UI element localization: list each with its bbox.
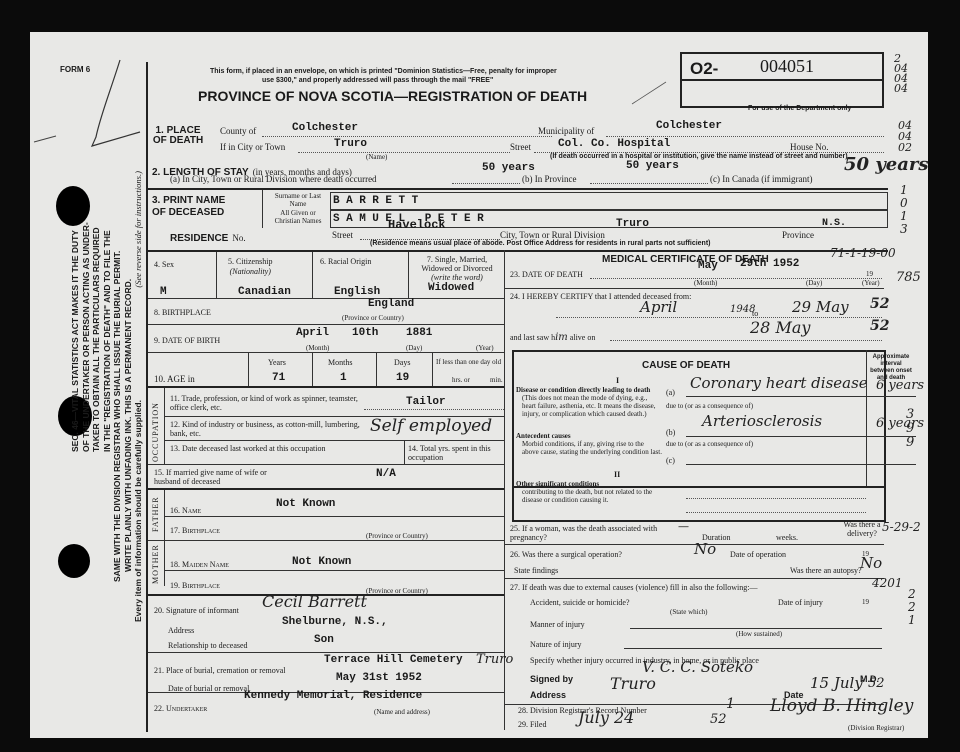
dob-month: April <box>296 327 329 339</box>
death-registration-form: FORM 6 SEC. 46—VITAL STATISTICS ACT MAKE… <box>30 32 928 738</box>
margin-codes-top: 2 04 04 04 <box>894 54 908 94</box>
age-label: 10. AGE in <box>154 374 195 384</box>
father-birthplace-caption: (Province or Country) <box>366 532 428 540</box>
citizenship-label: 5. Citizenship (Nationality) <box>228 257 272 277</box>
direct-cause-label: Disease or condition directly leading to… <box>516 386 650 394</box>
pregnancy-margin-note: 5-29-2 <box>882 520 921 534</box>
cause-a-interval: 6 years <box>876 378 924 393</box>
section-2-marker: II <box>614 470 620 479</box>
signed-by-label: Signed by <box>530 674 573 684</box>
mother-name-value: Not Known <box>292 556 351 568</box>
side-line-4: IN THE "REGISTRATION OF DEATH" AND TO FI… <box>102 171 113 622</box>
department-note: For use of the Department only <box>748 105 851 112</box>
findings-label: State findings <box>514 566 558 575</box>
side-line-7: Every item of information should be care… <box>133 400 143 622</box>
postal-notice-1: This form, if placed in an envelope, on … <box>210 68 557 75</box>
municipality-label: Municipality of <box>538 126 594 136</box>
last-saw-alive-date: 28 May <box>750 318 810 337</box>
registration-number: 004051 <box>760 56 814 77</box>
relationship-value: Son <box>314 634 334 646</box>
cause-b-label: (b) <box>666 428 675 437</box>
birthplace-label: 8. BIRTHPLACE <box>154 308 211 317</box>
marital-value: Widowed <box>428 282 474 294</box>
dod-day-caption: (Day) <box>806 279 822 287</box>
dob-day: 10th <box>352 327 378 339</box>
marital-label: 7. Single, Married, Widowed or Divorced … <box>412 255 502 282</box>
postal-notice-2: use $300," and properly addressed will p… <box>262 77 493 84</box>
county-value: Colchester <box>292 122 358 134</box>
surname-field[interactable]: BARRETT <box>330 192 888 210</box>
stay-canada-label: (c) In Canada (if immigrant) <box>710 174 812 184</box>
manner-label: Manner of injury <box>530 620 585 629</box>
header-pen-mark <box>630 78 670 108</box>
street-label: Street <box>510 142 531 152</box>
undertaker-value: Kennedy Memorial, Residence <box>244 690 422 702</box>
mother-birthplace-label: 19. Birthplace <box>170 581 220 590</box>
attended-to-label: to <box>752 309 758 318</box>
cause-a-label: (a) <box>666 388 675 397</box>
direct-cause-note: (This does not mean the mode of dying, e… <box>522 394 662 418</box>
stay-province-label: (b) In Province <box>522 174 576 184</box>
last-worked-label: 13. Date deceased last worked at this oc… <box>170 444 330 453</box>
print-name-label: 3. PRINT NAME OF DECEASED <box>152 195 225 219</box>
dod-year-prefix: 19 <box>866 270 873 278</box>
cause-a-value: Coronary heart disease <box>690 374 868 392</box>
father-section-label: FATHER <box>151 496 160 532</box>
surname-label: Surname or Last Name <box>270 192 326 208</box>
residence-province-label: Province <box>782 230 814 240</box>
undertaker-caption: (Name and address) <box>374 708 430 716</box>
cause-b-value: Arteriosclerosis <box>702 412 822 430</box>
residence-street-value: Havelock <box>388 218 446 232</box>
house-no-label: House No. <box>790 142 829 152</box>
total-years-label: 14. Total yrs. spent in this occupation <box>408 444 508 462</box>
residence-note: (Residence means usual place of abode. P… <box>370 240 711 247</box>
age-months-label: Months <box>328 358 352 367</box>
record-number-value: 1 <box>726 696 735 712</box>
occupation-section-label: OCCUPATION <box>151 402 160 462</box>
due-to-a: due to (or as a consequence of) <box>666 402 753 410</box>
side-line-1: SEC. 46—VITAL STATISTICS ACT MAKES IT TH… <box>70 171 81 622</box>
trade-label: 11. Trade, profession, or kind of work a… <box>170 394 370 412</box>
autopsy-value: No <box>860 554 882 572</box>
burial-place-label: 21. Place of burial, cremation or remova… <box>154 666 286 675</box>
pregnancy-value: — <box>678 520 689 533</box>
hospital-note: (If death occurred in a hospital or inst… <box>550 153 848 160</box>
informant-address-label: Address <box>168 626 194 635</box>
filed-date: July 24 <box>578 708 634 727</box>
weeks-label: weeks. <box>776 533 798 542</box>
attended-to: 29 May <box>792 298 849 316</box>
sex-value: M <box>160 286 167 298</box>
city-name-caption: (Name) <box>366 153 387 161</box>
father-birthplace-label: 17. Birthplace <box>170 526 220 535</box>
cause-b-interval: 6 years <box>876 416 924 431</box>
how-sustained-caption: (How sustained) <box>736 630 782 638</box>
residence-row: RESIDENCE No. <box>170 228 246 246</box>
county-label: County of <box>220 126 256 136</box>
margin-codes-injury: 2 2 1 <box>908 588 916 627</box>
mother-name-label: 18. Maiden Name <box>170 560 229 569</box>
hrs-label: hrs. or <box>452 376 470 384</box>
industry-label: 12. Kind of industry or business, as cot… <box>170 420 370 438</box>
sex-label: 4. Sex <box>154 260 174 269</box>
residence-province-value: N.S. <box>822 218 846 229</box>
registration-prefix: O2- <box>690 59 718 79</box>
antecedent-label: Antecedent causes <box>516 432 571 440</box>
medical-top-code: 71-1-19-00 <box>830 246 896 260</box>
relationship-label: Relationship to deceased <box>168 641 248 650</box>
dob-month-caption: (Month) <box>306 344 329 352</box>
side-line-3: TAKER TO OBTAIN ALL THE PARTICULARS REQU… <box>91 171 102 622</box>
surgical-operation-value: No <box>694 540 716 558</box>
antecedent-note: Morbid conditions, if any, giving rise t… <box>522 440 662 456</box>
residence-city-value: Truro <box>616 218 649 230</box>
physician-address-label: Address <box>530 690 566 700</box>
burial-place-handwritten: Truro <box>476 652 513 667</box>
informant-signature: Cecil Barrett <box>262 592 367 611</box>
accident-label: Accident, suicide or homicide? <box>530 598 630 607</box>
surname-value: BARRETT <box>331 193 425 209</box>
date-of-death-month: May <box>698 260 718 272</box>
age-years-label: Years <box>268 358 286 367</box>
cause-of-death-heading: CAUSE OF DEATH <box>642 360 730 371</box>
margin-codes-name: 1 0 1 3 <box>900 184 908 236</box>
section-1-marker: I <box>616 376 619 385</box>
spouse-label: 15. If married give name of wife or husb… <box>154 468 294 486</box>
injury-year-prefix: 19 <box>862 598 869 606</box>
date-of-death-day-year: 29th 1952 <box>740 258 799 270</box>
cause-c-label: (c) <box>666 456 675 465</box>
date-of-death-label: 23. DATE OF DEATH <box>510 270 583 279</box>
citizenship-value: Canadian <box>238 286 291 298</box>
given-names-label: All Given or Christian Names <box>268 209 328 225</box>
industry-value: Self employed <box>370 416 492 436</box>
racial-origin-value: English <box>334 286 380 298</box>
birthplace-value: England <box>368 298 414 310</box>
pregnancy-label: 25. If a woman, was the death associated… <box>510 524 680 542</box>
dob-day-caption: (Day) <box>406 344 422 352</box>
autopsy-label: Was there an autopsy? <box>790 566 862 575</box>
trade-value: Tailor <box>406 396 446 408</box>
margin-pen-mark <box>30 32 190 192</box>
dob-year-caption: (Year) <box>476 344 494 352</box>
stay-city-label: (a) In City, Town or Rural Division wher… <box>170 174 377 184</box>
father-name-label: 16. Name <box>170 506 201 515</box>
burial-place-value: Terrace Hill Cemetery <box>324 654 463 666</box>
municipality-value: Colchester <box>656 120 722 132</box>
attended-to-year: 52 <box>870 296 889 312</box>
age-years-value: 71 <box>272 372 285 384</box>
due-to-b: due to (or as a consequence of) <box>666 440 753 448</box>
age-days-value: 19 <box>396 372 409 384</box>
external-margin-note: 4201 <box>872 576 903 590</box>
father-name-value: Not Known <box>276 498 335 510</box>
form-title: PROVINCE OF NOVA SCOTIA—REGISTRATION OF … <box>198 88 587 104</box>
physician-signature: V. C. C. Soteko <box>642 658 753 676</box>
residence-city-label: City, Town or Rural Division <box>500 230 605 240</box>
external-causes-label: 27. If death was due to external causes … <box>510 583 757 592</box>
burial-date-value: May 31st 1952 <box>336 672 422 684</box>
state-which-caption: (State which) <box>670 608 708 616</box>
side-line-8: (See reverse side for instructions.) <box>133 171 143 398</box>
injury-date-label: Date of injury <box>778 598 823 607</box>
margin-codes-place: 04 04 02 <box>898 120 912 153</box>
racial-origin-label: 6. Racial Origin <box>320 257 371 266</box>
physician-address-value: Truro <box>610 674 656 693</box>
side-line-6: WRITE PLAINLY WITH UNFADING INK. THIS IS… <box>123 171 134 622</box>
dod-month-caption: (Month) <box>694 279 717 287</box>
side-line-2: OF THE UNDERTAKER OR PERSON ACTING AS UN… <box>81 171 92 622</box>
min-label: min. <box>490 376 503 384</box>
residence-street-label: Street <box>332 230 353 240</box>
street-value: Col. Co. Hospital <box>558 138 670 150</box>
side-line-5: SAME WITH THE DIVISION REGISTRAR WHO SHA… <box>112 171 123 622</box>
age-days-label: Days <box>394 358 410 367</box>
dob-year: 1881 <box>406 327 432 339</box>
margin-code-785: 785 <box>896 270 921 285</box>
side-instructions: SEC. 46—VITAL STATISTICS ACT MAKES IT TH… <box>70 171 144 622</box>
last-saw-label: and last saw him alive on <box>510 332 595 343</box>
city-label: If in City or Town <box>220 142 285 152</box>
dob-label: 9. DATE OF BIRTH <box>154 336 220 345</box>
operation-date-label: Date of operation <box>730 550 786 559</box>
registrar-caption: (Division Registrar) <box>848 724 904 732</box>
stay-canada-value: 50 years <box>844 154 929 175</box>
sign-date-value: 15 July <box>810 674 863 692</box>
city-value: Truro <box>334 138 367 150</box>
stay-city-value: 50 years <box>482 162 535 174</box>
less-than-day-label: If less than one day old <box>436 358 501 366</box>
attended-from: April <box>640 298 677 316</box>
undertaker-label: 22. Undertaker <box>154 704 207 713</box>
registration-number-box: O2- 004051 <box>680 52 884 108</box>
birthplace-caption: (Province or Country) <box>342 314 404 322</box>
filed-label: 29. Filed <box>518 720 546 729</box>
spouse-value: N/A <box>376 468 396 480</box>
informant-signature-label: 20. Signature of informant <box>154 606 239 615</box>
age-months-value: 1 <box>340 372 347 384</box>
informant-address-value: Shelburne, N.S., <box>282 616 388 628</box>
last-saw-year: 52 <box>870 318 889 334</box>
nature-label: Nature of injury <box>530 640 582 649</box>
sign-year-value: 52 <box>868 676 885 691</box>
registrar-signature: Lloyd B. Hingley <box>770 696 913 716</box>
filed-year: 52 <box>710 712 727 727</box>
other-conditions-box <box>512 484 886 522</box>
dod-year-caption: (Year) <box>862 279 880 287</box>
stay-province-value: 50 years <box>626 160 679 172</box>
surgical-operation-label: 26. Was there a surgical operation? <box>510 550 622 559</box>
mother-section-label: MOTHER <box>151 544 160 584</box>
